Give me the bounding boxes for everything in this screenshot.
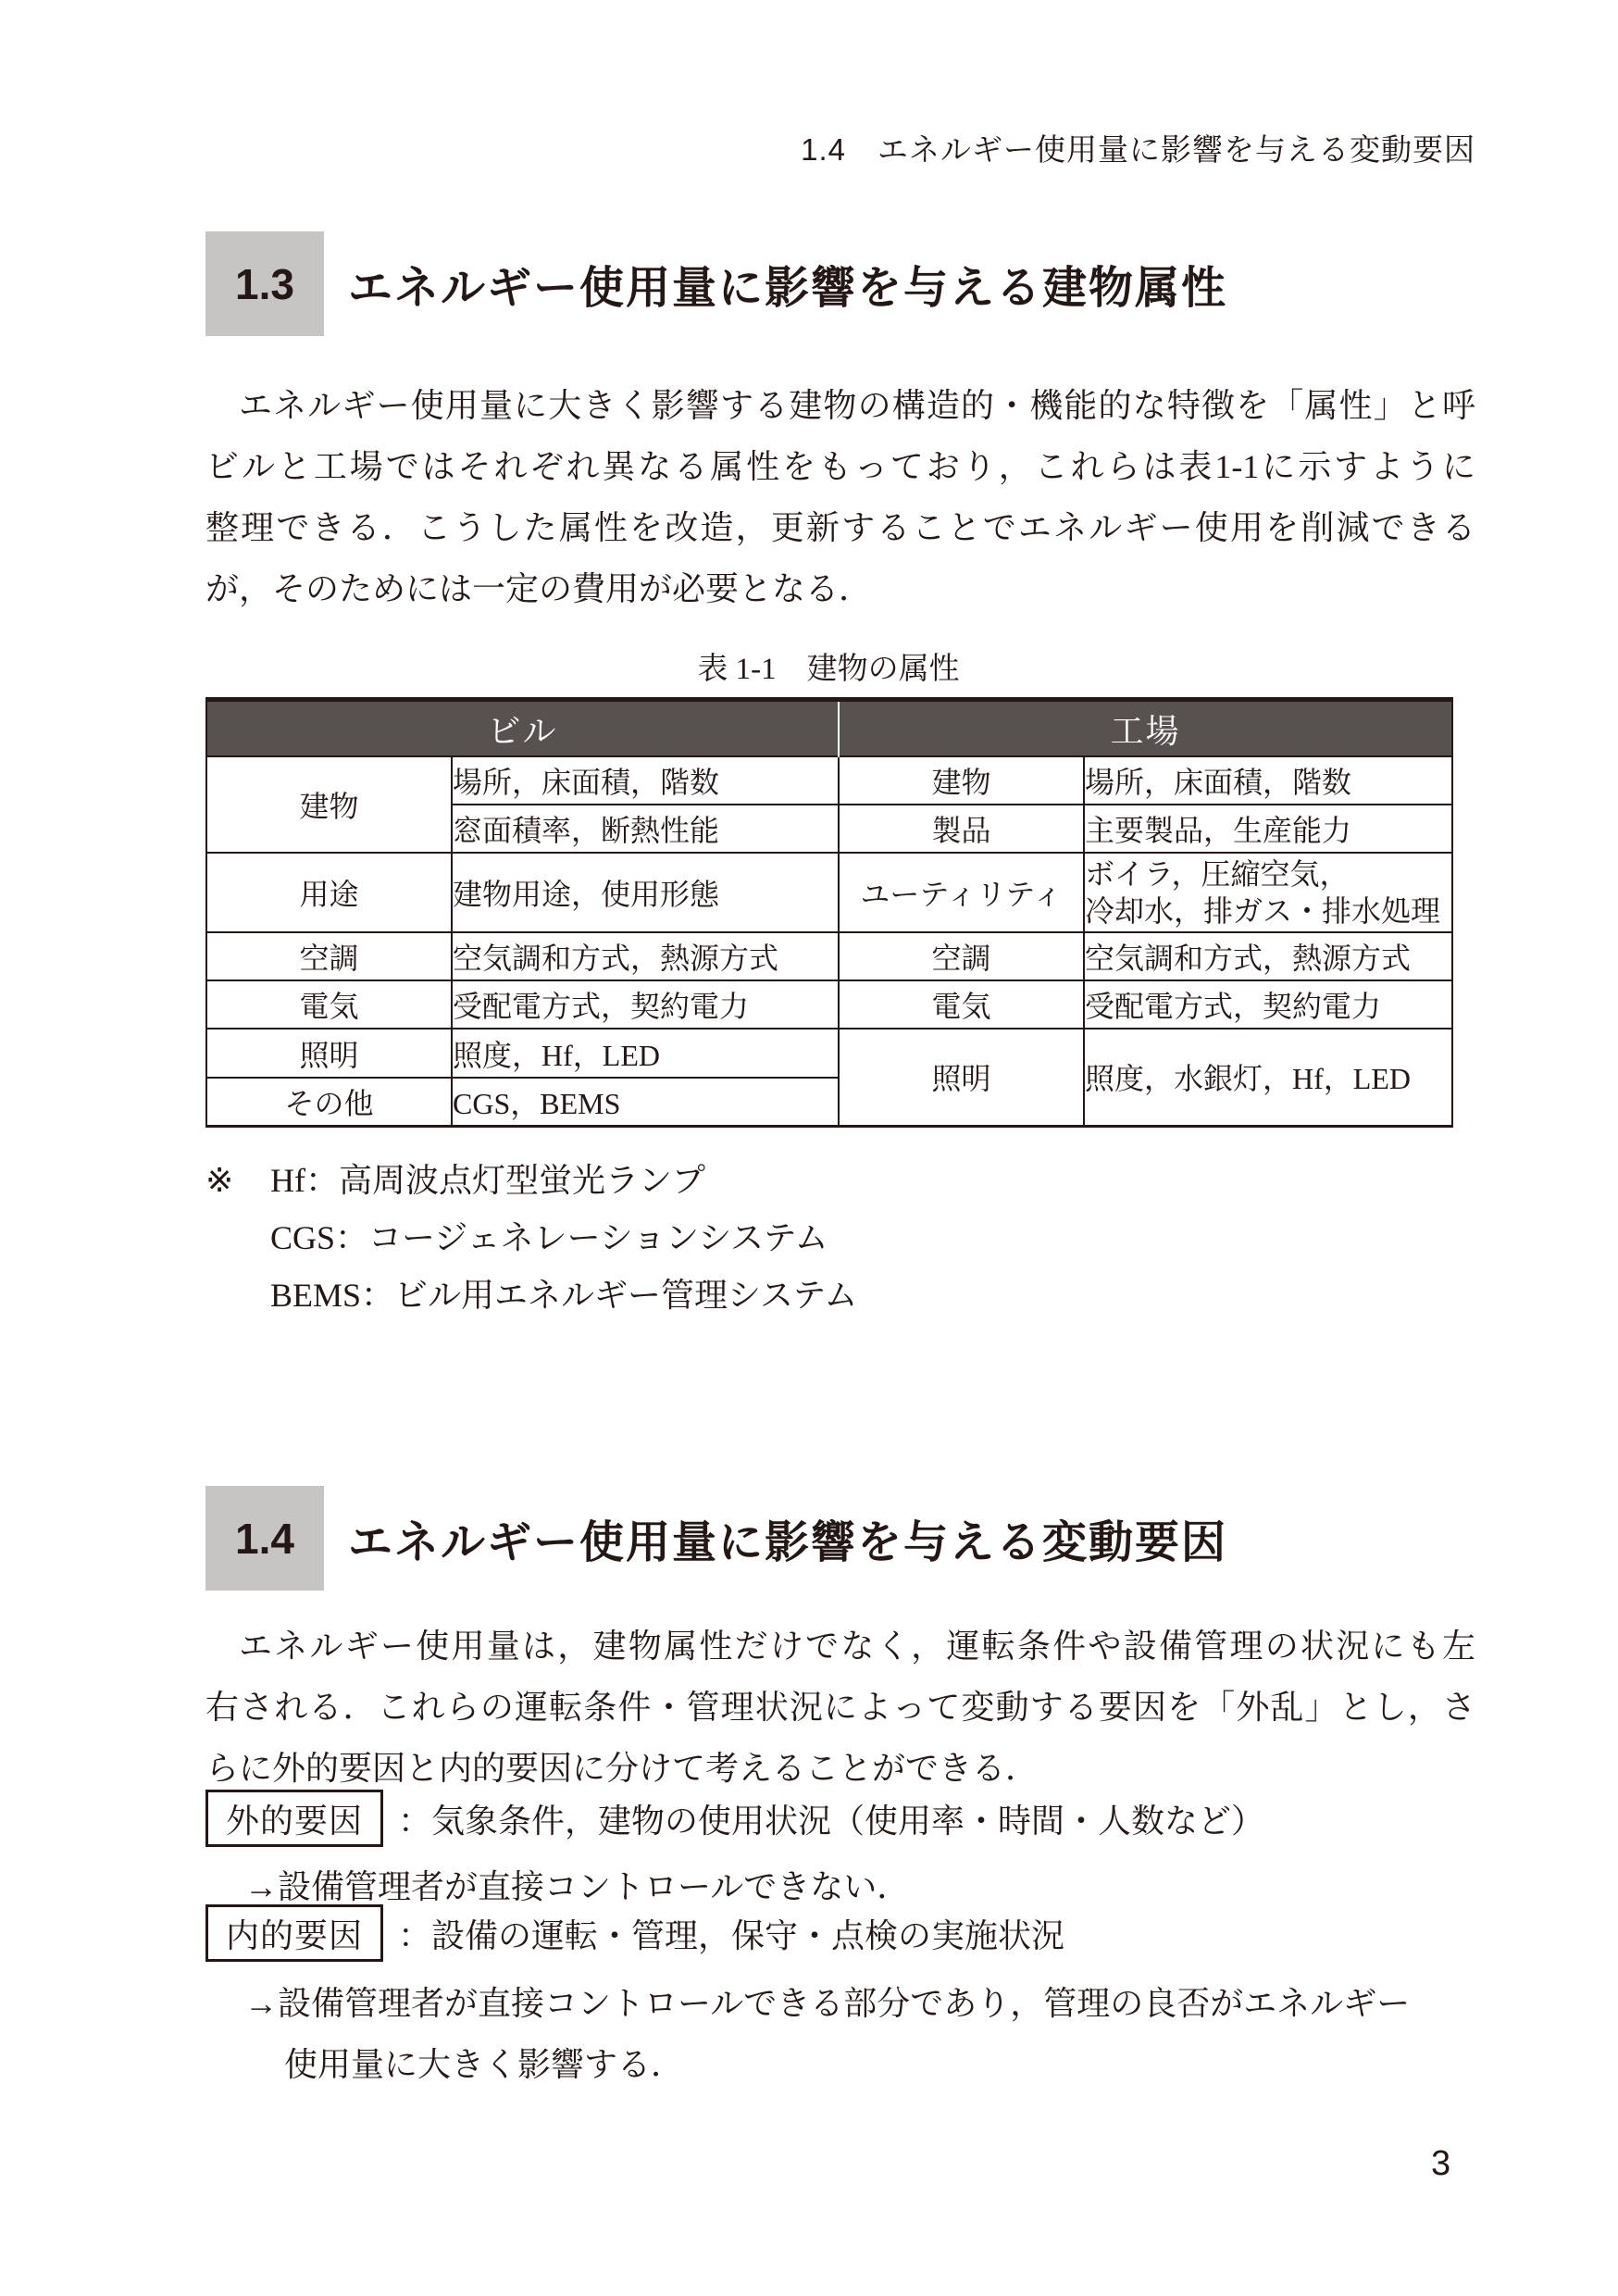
paragraph-1-line: が，そのためには一定の費用が必要となる． — [205, 558, 1475, 619]
page-number: 3 — [1431, 2144, 1450, 2184]
footnote-line: BEMS：ビル用エネルギー管理システム — [270, 1267, 857, 1324]
table-row: 照明 照度，Hf，LED 照明 照度，水銀灯，Hf，LED — [206, 1029, 1452, 1078]
section-1-4-title: エネルギー使用量に影響を与える変動要因 — [348, 1506, 1227, 1570]
table-cell: 電気 — [206, 980, 452, 1029]
external-factor-desc: ：気象条件，建物の使用状況（使用率・時間・人数など） — [398, 1795, 1264, 1842]
table-row: 用途 建物用途，使用形態 ユーティリティ ボイラ，圧縮空気， 冷却水，排ガス・排… — [206, 853, 1452, 932]
table-cell: 主要製品，生産能力 — [1084, 805, 1452, 853]
col-header-building: ビル — [206, 700, 839, 757]
table-row: 電気 受配電方式，契約電力 電気 受配電方式，契約電力 — [206, 980, 1452, 1029]
internal-factor-label: 内的要因 — [226, 1910, 363, 1957]
running-head: 1.4 エネルギー使用量に影響を与える変動要因 — [801, 126, 1475, 169]
paragraph-1-line: エネルギー使用量に大きく影響する建物の構造的・機能的な特徴を「属性」と呼ぶ． — [205, 375, 1475, 436]
building-attributes-table: ビル 工場 建物 場所，床面積，階数 建物 場所，床面積，階数 窓面積率，断熱性… — [205, 697, 1453, 1128]
section-1-3-title: エネルギー使用量に影響を与える建物属性 — [348, 252, 1227, 316]
table-cell: 照度，水銀灯，Hf，LED — [1084, 1029, 1452, 1126]
internal-factor-note: →設備管理者が直接コントロールできる部分であり，管理の良否がエネルギー — [244, 1980, 1410, 2041]
section-1-4-number: 1.4 — [235, 1514, 294, 1564]
table-cell: 建物 — [839, 756, 1084, 805]
table-cell: 照度，Hf，LED — [452, 1029, 839, 1078]
col-header-factory: 工場 — [839, 700, 1452, 757]
paragraph-1-line: 整理できる．こうした属性を改造，更新することでエネルギー使用を削減できる — [205, 497, 1475, 558]
paragraph-2-line: エネルギー使用量は，建物属性だけでなく，運転条件や設備管理の状況にも左 — [205, 1616, 1475, 1677]
table-cell: 場所，床面積，階数 — [1084, 756, 1452, 805]
table-cell: 空気調和方式，熱源方式 — [1084, 932, 1452, 980]
table-row: 建物 場所，床面積，階数 建物 場所，床面積，階数 — [206, 756, 1452, 805]
table-header-row: ビル 工場 — [206, 700, 1452, 757]
table-cell: 電気 — [839, 980, 1084, 1029]
table-cell: ユーティリティ — [839, 853, 1084, 932]
table-cell: 空気調和方式，熱源方式 — [452, 932, 839, 980]
external-factor-label: 外的要因 — [226, 1795, 363, 1842]
table-cell: 窓面積率，断熱性能 — [452, 805, 839, 853]
section-1-4-heading: 1.4 エネルギー使用量に影響を与える変動要因 — [205, 1486, 1227, 1591]
table-cell: 用途 — [206, 853, 452, 932]
table-cell: 空調 — [839, 932, 1084, 980]
paragraph-2: エネルギー使用量は，建物属性だけでなく，運転条件や設備管理の状況にも左 右される… — [205, 1616, 1475, 1799]
table-cell: ボイラ，圧縮空気， 冷却水，排ガス・排水処理 — [1084, 853, 1452, 932]
internal-factor-note-continuation: 使用量に大きく影響する． — [284, 2041, 684, 2103]
table-cell: 製品 — [839, 805, 1084, 853]
footnote-text: Hf：高周波点灯型蛍光ランプ — [270, 1162, 705, 1199]
internal-factor-desc: ：設備の運転・管理，保守・点検の実施状況 — [398, 1910, 1064, 1957]
table-cell: 空調 — [206, 932, 452, 980]
table-row: 空調 空気調和方式，熱源方式 空調 空気調和方式，熱源方式 — [206, 932, 1452, 980]
reference-mark: ※ — [205, 1152, 270, 1209]
table-cell: CGS，BEMS — [452, 1078, 839, 1126]
table-cell: 受配電方式，契約電力 — [1084, 980, 1452, 1029]
internal-factor-box: 内的要因 — [205, 1904, 383, 1962]
paragraph-1-line: ビルと工場ではそれぞれ異なる属性をもっており，これらは表1-1に示すように — [205, 436, 1475, 497]
internal-factor-row: 内的要因 ：設備の運転・管理，保守・点検の実施状況 — [205, 1904, 1064, 1962]
table-cell: 建物用途，使用形態 — [452, 853, 839, 932]
table-footnotes: ※Hf：高周波点灯型蛍光ランプ CGS：コージェネレーションシステム BEMS：… — [205, 1152, 857, 1324]
book-page: 1.4 エネルギー使用量に影響を与える変動要因 1.3 エネルギー使用量に影響を… — [0, 0, 1618, 2296]
table-cell: 照明 — [206, 1029, 452, 1078]
table-cell: 建物 — [206, 756, 452, 853]
section-1-3-number: 1.3 — [235, 259, 294, 309]
section-1-3-number-box: 1.3 — [205, 231, 324, 336]
table-cell: その他 — [206, 1078, 452, 1126]
table-cell: 受配電方式，契約電力 — [452, 980, 839, 1029]
external-factor-box: 外的要因 — [205, 1790, 383, 1847]
footnote-line: ※Hf：高周波点灯型蛍光ランプ — [205, 1152, 857, 1209]
table-caption: 表 1-1 建物の属性 — [205, 648, 1451, 691]
section-1-4-number-box: 1.4 — [205, 1486, 324, 1591]
external-factor-row: 外的要因 ：気象条件，建物の使用状況（使用率・時間・人数など） — [205, 1790, 1264, 1847]
section-1-3-heading: 1.3 エネルギー使用量に影響を与える建物属性 — [205, 231, 1227, 336]
table-cell: 照明 — [839, 1029, 1084, 1126]
table-cell-line: 冷却水，排ガス・排水処理 — [1085, 894, 1440, 928]
table-cell: 場所，床面積，階数 — [452, 756, 839, 805]
footnote-line: CGS：コージェネレーションシステム — [270, 1209, 857, 1267]
paragraph-1: エネルギー使用量に大きく影響する建物の構造的・機能的な特徴を「属性」と呼ぶ． ビ… — [205, 375, 1475, 619]
paragraph-2-line: 右される．これらの運転条件・管理状況によって変動する要因を「外乱」とし，さ — [205, 1677, 1475, 1738]
table-cell-line: ボイラ，圧縮空気， — [1085, 857, 1349, 891]
